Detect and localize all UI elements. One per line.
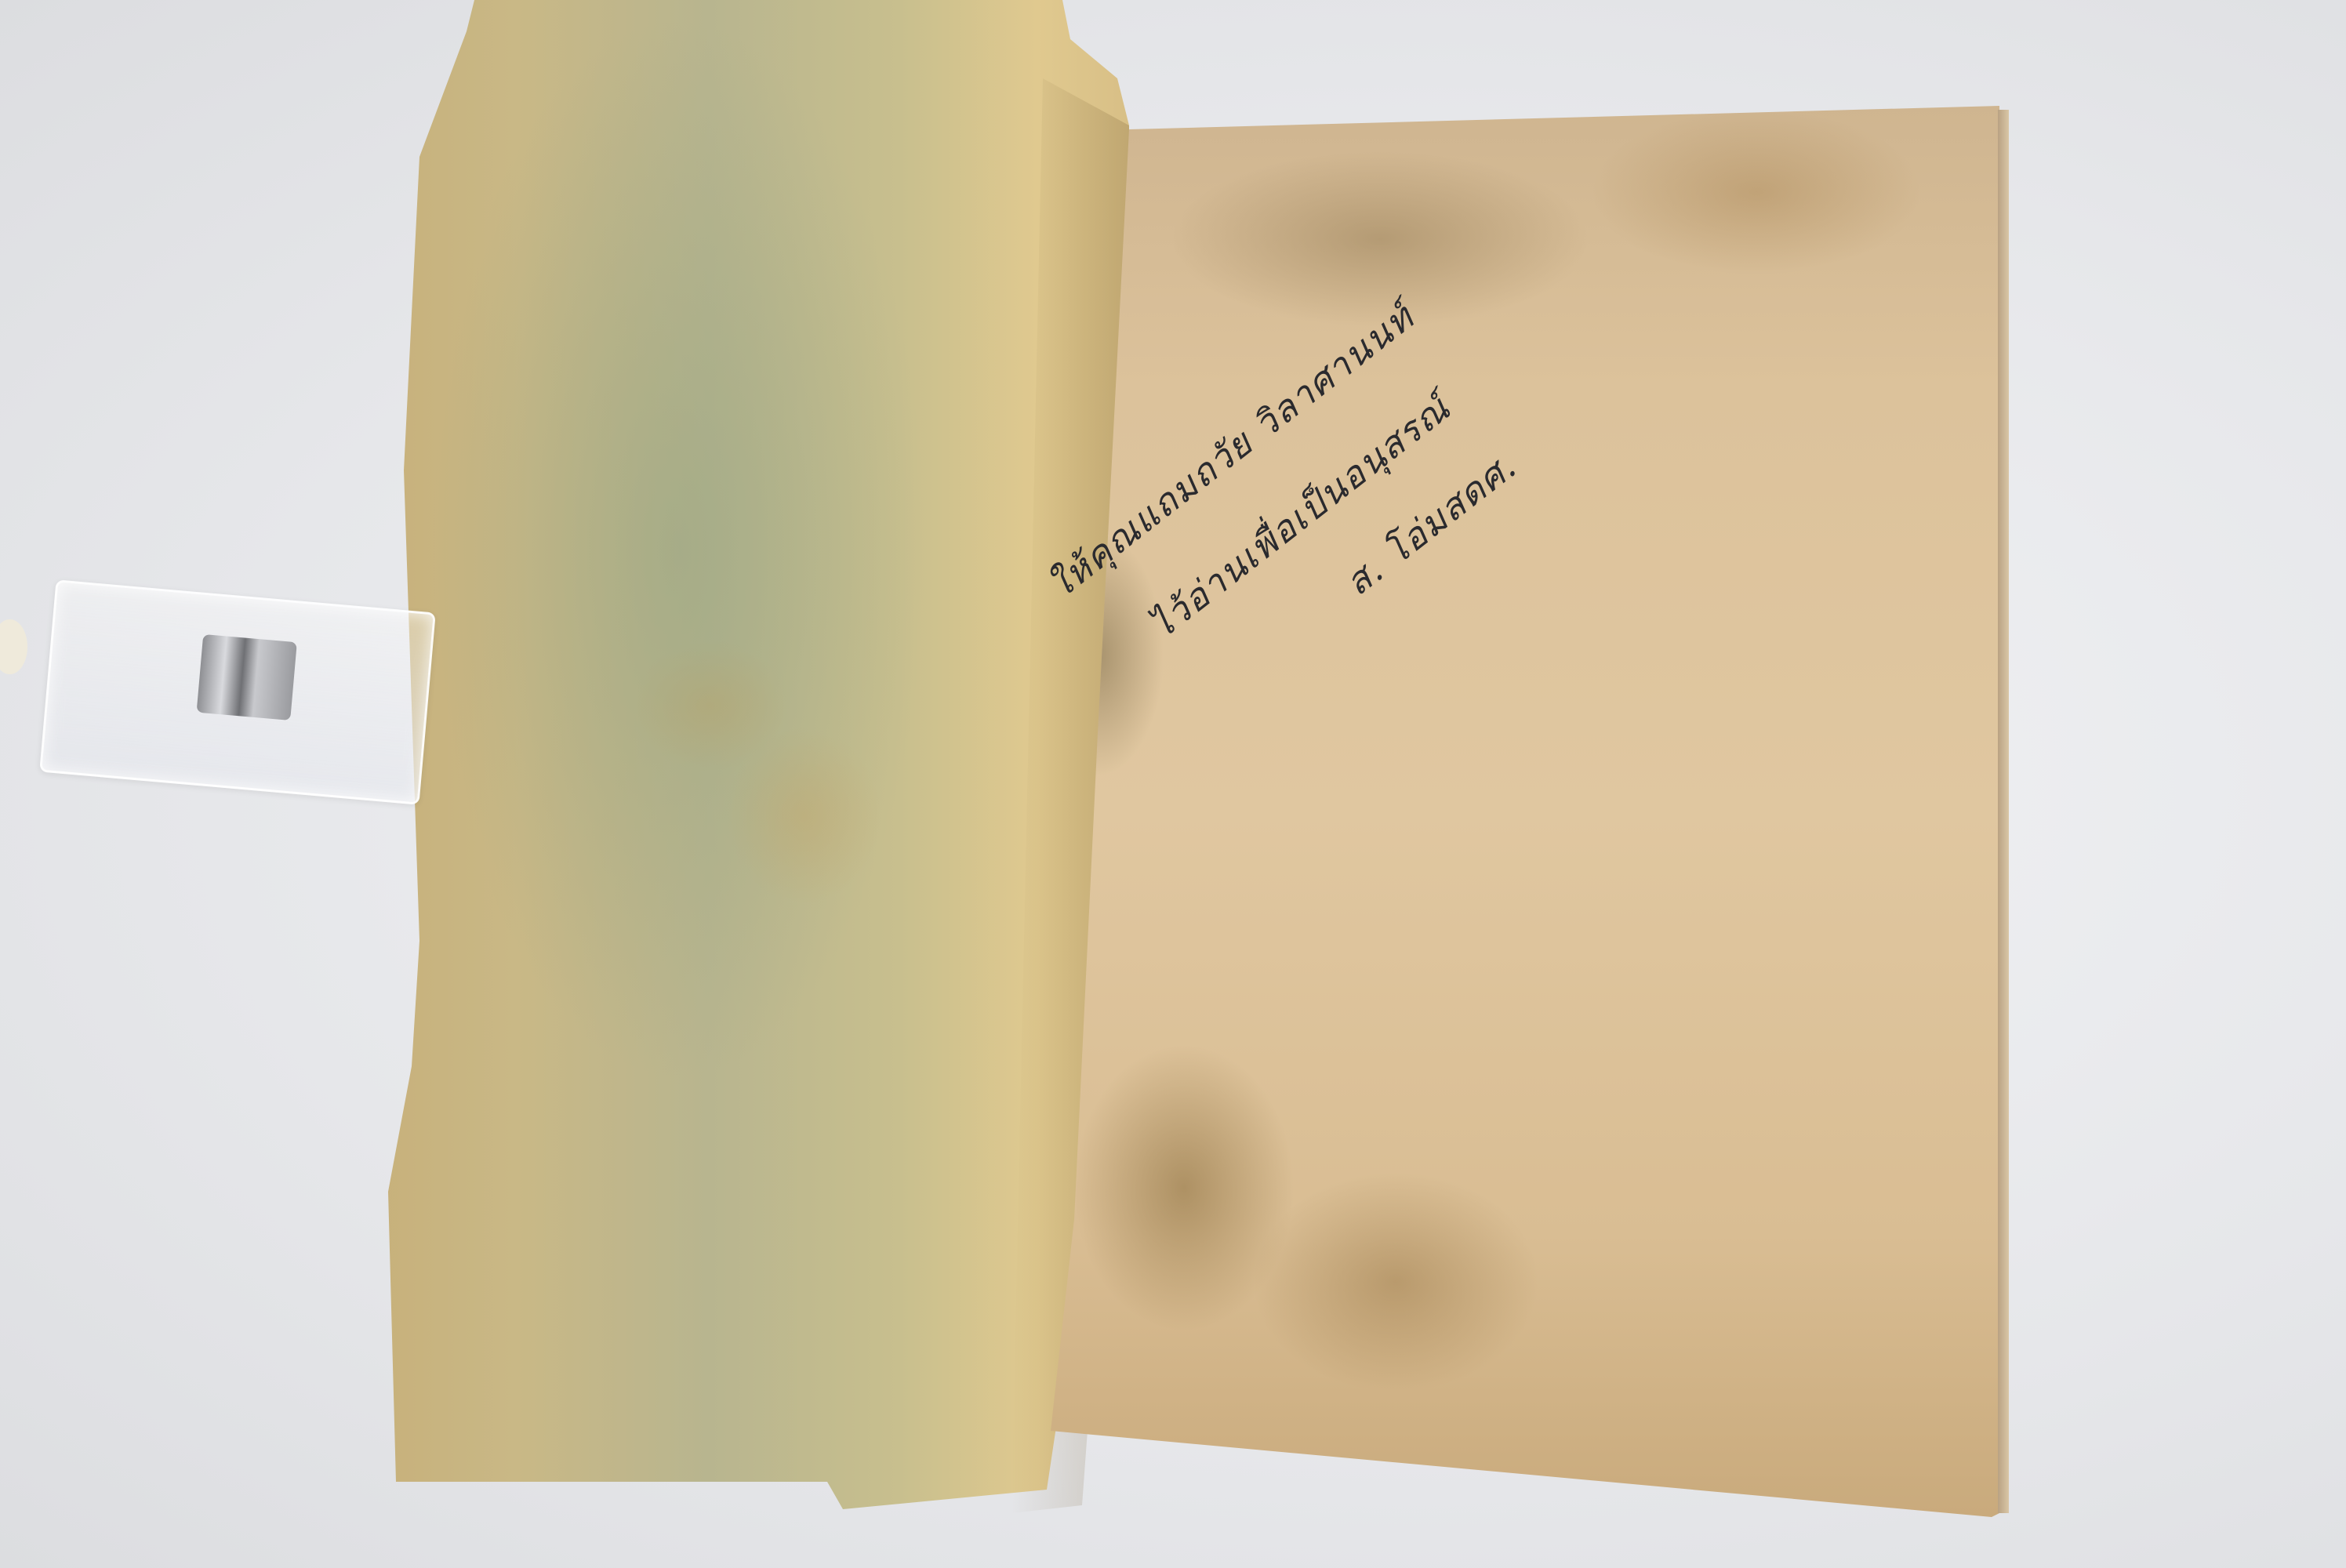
acrylic-page-clip	[39, 579, 436, 804]
clip-magnet-icon	[197, 634, 297, 720]
clip-tab	[0, 619, 27, 674]
photo-scene: ให้คุณแถมถวัย วิลาศานนท์ ไว้อ่านเพื่อเป็…	[0, 0, 2346, 1568]
book-block-edge	[1998, 110, 2009, 1513]
